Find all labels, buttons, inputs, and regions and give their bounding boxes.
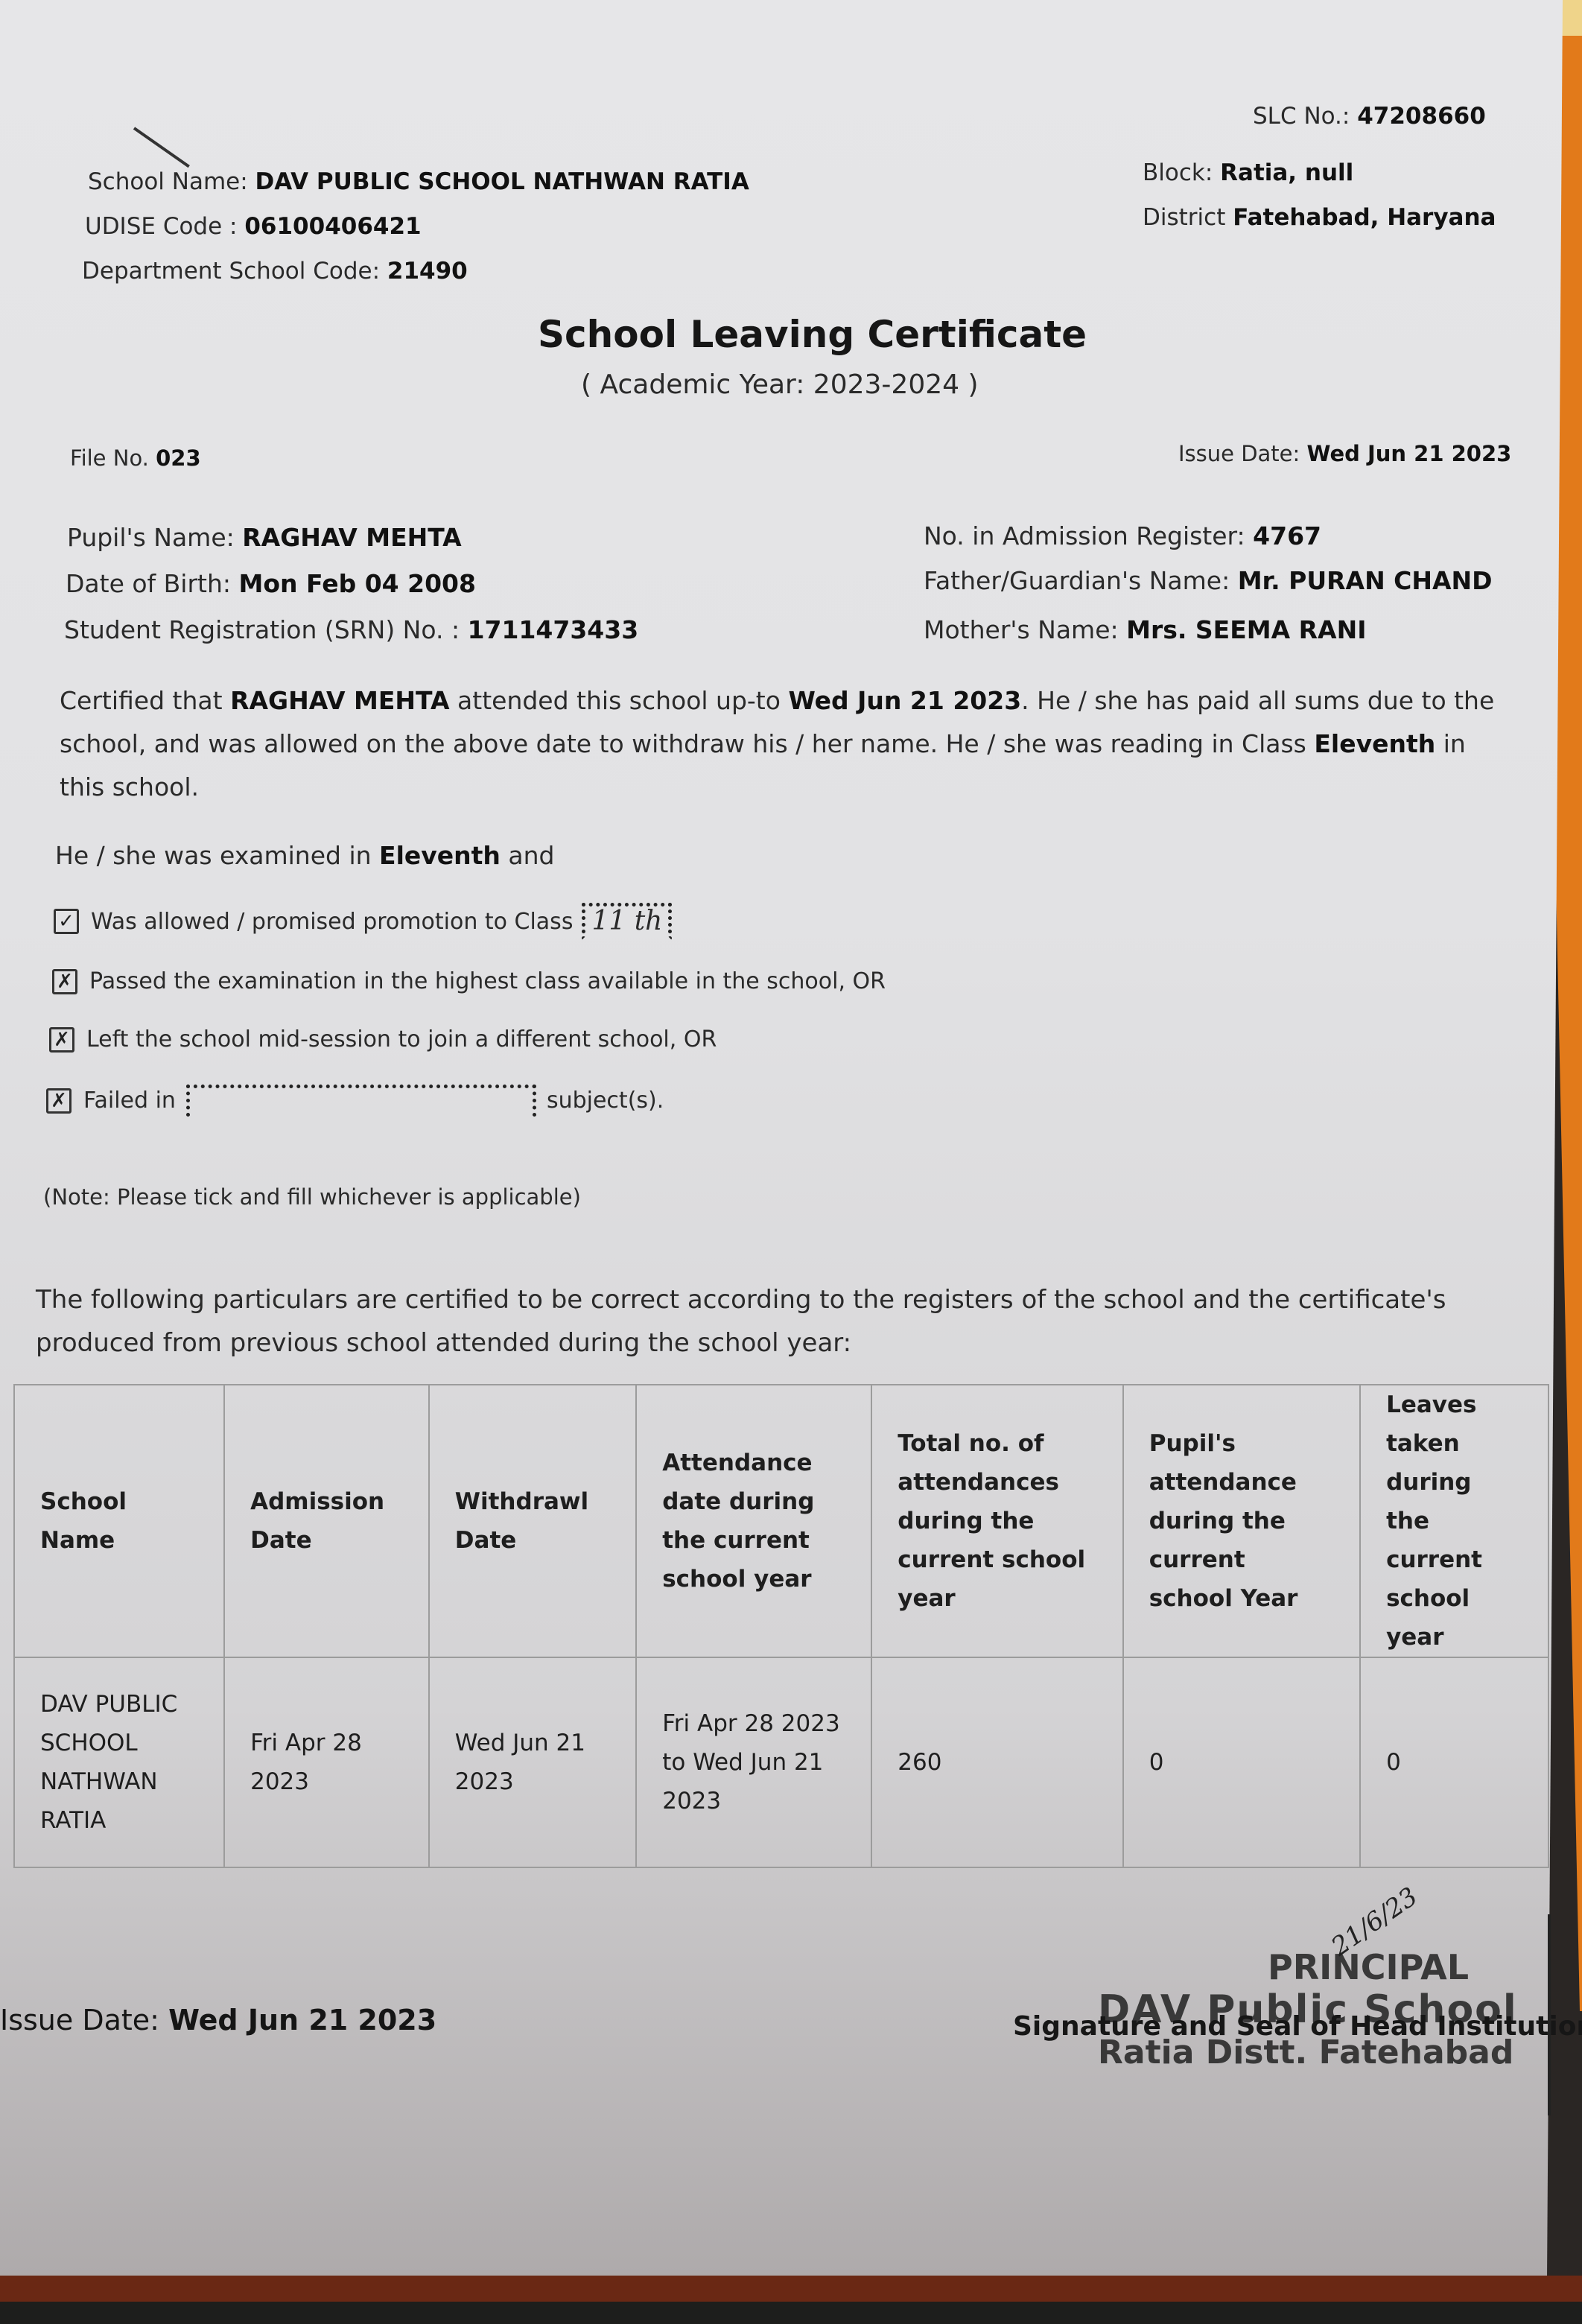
block-label: Block: [1143,159,1213,186]
father-name-label: Father/Guardian's Name: [924,566,1230,595]
mother-name-label: Mother's Name: [924,615,1119,644]
school-name-field: School Name: DAV PUBLIC SCHOOL NATHWAN R… [88,168,749,195]
footer-issue-date-value: Wed Jun 21 2023 [168,2004,436,2036]
issue-date-field: Issue Date: Wed Jun 21 2023 [1178,441,1511,466]
option-passed-highest[interactable]: ✗ Passed the examination in the highest … [52,968,886,994]
exam-text: He / she was examined in [55,841,379,870]
admission-register-label: No. in Admission Register: [924,521,1245,550]
attendance-table: School NameAdmission DateWithdrawl DateA… [13,1384,1549,1868]
block-value: Ratia, null [1220,159,1353,186]
dept-school-code-field: Department School Code: 21490 [82,258,468,285]
examined-statement: He / she was examined in Eleventh and [55,834,555,877]
school-name-value: DAV PUBLIC SCHOOL NATHWAN RATIA [255,168,749,195]
admission-register-value: 4767 [1253,521,1321,550]
pupil-name-value: RAGHAV MEHTA [242,523,461,552]
issue-date-label: Issue Date: [1178,441,1300,466]
option-failed[interactable]: ✗ Failed in subject(s). [46,1085,664,1117]
certification-paragraph: Certified that RAGHAV MEHTA attended thi… [60,679,1512,809]
checkbox-passed-highest[interactable]: ✗ [52,969,77,994]
stamp-principal: PRINCIPAL [1268,1947,1469,1987]
dob-field: Date of Birth: Mon Feb 04 2008 [66,569,476,598]
udise-code-label: UDISE Code : [85,213,237,240]
signature-caption: Signature and Seal of Head Institution [1013,2011,1582,2042]
file-number-value: 023 [156,445,201,471]
particulars-intro: The following particulars are certified … [36,1278,1525,1365]
academic-year: ( Academic Year: 2023-2024 ) [581,369,979,400]
pen-line [1548,1914,1551,2115]
dob-label: Date of Birth: [66,569,231,598]
option-promotion[interactable]: ✓ Was allowed / promised promotion to Cl… [54,903,672,940]
father-name-value: Mr. PURAN CHAND [1238,566,1493,595]
cert-class: Eleventh [1314,729,1435,758]
file-number-label: File No. [70,445,149,471]
option-left-mid-session[interactable]: ✗ Left the school mid-session to join a … [49,1026,717,1053]
udise-code-field: UDISE Code : 06100406421 [85,213,422,240]
column-header: Leaves taken during the current school y… [1360,1385,1548,1657]
option-failed-suffix: subject(s). [547,1088,664,1114]
column-header: Pupil's attendance during the current sc… [1123,1385,1360,1657]
slc-number-field: SLC No.: 47208660 [1253,103,1486,130]
background-table-edge [0,2276,1582,2302]
admission-register-field: No. in Admission Register: 4767 [924,521,1321,550]
issue-date-value: Wed Jun 21 2023 [1307,441,1512,466]
srn-field: Student Registration (SRN) No. : 1711473… [64,615,638,644]
footer-issue-date-label: Issue Date: [0,2004,159,2036]
district-field: District Fatehabad, Haryana [1143,204,1496,231]
dept-school-code-value: 21490 [387,258,468,285]
mother-name-value: Mrs. SEEMA RANI [1126,615,1366,644]
srn-value: 1711473433 [468,615,639,644]
column-header: Withdrawl Date [429,1385,636,1657]
pupil-name-label: Pupil's Name: [67,523,235,552]
dept-school-code-label: Department School Code: [82,258,380,285]
table-cell: 0 [1123,1657,1360,1867]
table-cell: 0 [1360,1657,1548,1867]
srn-label: Student Registration (SRN) No. : [64,615,460,644]
table-cell: DAV PUBLIC SCHOOL NATHWAN RATIA [14,1657,224,1867]
mother-name-field: Mother's Name: Mrs. SEEMA RANI [924,615,1366,644]
footer-issue-date: Issue Date: Wed Jun 21 2023 [0,2004,436,2036]
checkbox-left-mid-session[interactable]: ✗ [49,1027,74,1053]
district-value: Fatehabad, Haryana [1233,204,1496,231]
table-cell: Fri Apr 28 2023 [224,1657,429,1867]
option-failed-label: Failed in [83,1088,176,1114]
cert-text: Certified that [60,686,230,715]
checkbox-failed[interactable]: ✗ [46,1088,72,1114]
slc-number-label: SLC No.: [1253,103,1350,130]
exam-text: and [501,841,555,870]
option-promotion-label: Was allowed / promised promotion to Clas… [91,909,573,935]
column-header: Admission Date [224,1385,429,1657]
table-cell: 260 [871,1657,1122,1867]
table-cell: Fri Apr 28 2023 to Wed Jun 21 2023 [636,1657,871,1867]
column-header: Total no. of attendances during the curr… [871,1385,1122,1657]
failed-subjects-field[interactable] [186,1085,536,1117]
block-field: Block: Ratia, null [1143,159,1353,186]
table-cell: Wed Jun 21 2023 [429,1657,636,1867]
option-passed-highest-label: Passed the examination in the highest cl… [89,968,886,994]
dob-value: Mon Feb 04 2008 [239,569,476,598]
district-label: District [1143,204,1225,231]
cert-pupil-name: RAGHAV MEHTA [230,686,449,715]
cert-text: attended this school up-to [450,686,789,715]
checkbox-promotion[interactable]: ✓ [54,909,79,934]
column-header: Attendance date during the current schoo… [636,1385,871,1657]
table-header-row: School NameAdmission DateWithdrawl DateA… [14,1385,1548,1657]
table-row: DAV PUBLIC SCHOOL NATHWAN RATIAFri Apr 2… [14,1657,1548,1867]
certificate-title: School Leaving Certificate [538,313,1087,356]
exam-class: Eleventh [379,841,501,870]
promotion-class-field[interactable]: 11 th [582,903,672,940]
pupil-name-field: Pupil's Name: RAGHAV MEHTA [67,523,462,552]
background-floor [0,2302,1582,2324]
file-number-field: File No. 023 [70,445,201,471]
column-header: School Name [14,1385,224,1657]
school-name-label: School Name: [88,168,248,195]
udise-code-value: 06100406421 [244,213,421,240]
note-text: (Note: Please tick and fill whichever is… [43,1184,581,1210]
father-name-field: Father/Guardian's Name: Mr. PURAN CHAND [924,566,1493,595]
option-left-mid-session-label: Left the school mid-session to join a di… [86,1026,717,1053]
cert-date: Wed Jun 21 2023 [788,686,1021,715]
slc-number-value: 47208660 [1357,103,1486,130]
